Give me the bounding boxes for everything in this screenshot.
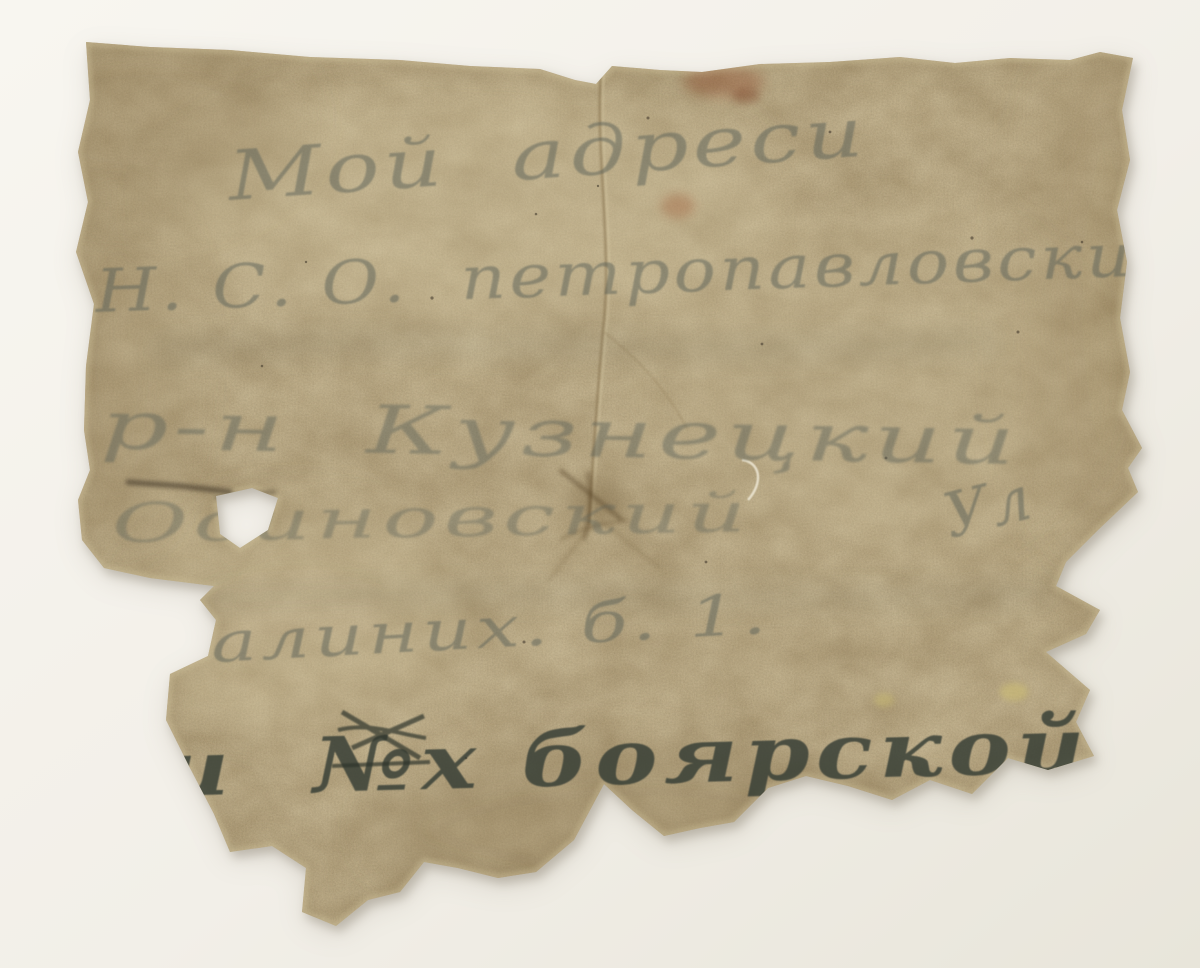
scanned-document-view: Мой адреси Н. С. О. петропавловски р-н К… xyxy=(0,0,1200,968)
handwriting-line-4: Осиновский xyxy=(111,481,752,555)
speck xyxy=(705,561,708,564)
speck xyxy=(1017,331,1020,334)
handwriting-line-3: р-н Кузнецкий xyxy=(100,387,1021,480)
yellow-spot xyxy=(1000,683,1028,701)
speck xyxy=(535,213,538,216)
speck xyxy=(261,365,264,368)
yellow-spot xyxy=(874,693,894,707)
red-stain xyxy=(661,194,695,218)
scan-of-torn-handwritten-note: Мой адреси Н. С. О. петропавловски р-н К… xyxy=(0,0,1200,968)
pencil-smear xyxy=(150,340,1000,350)
